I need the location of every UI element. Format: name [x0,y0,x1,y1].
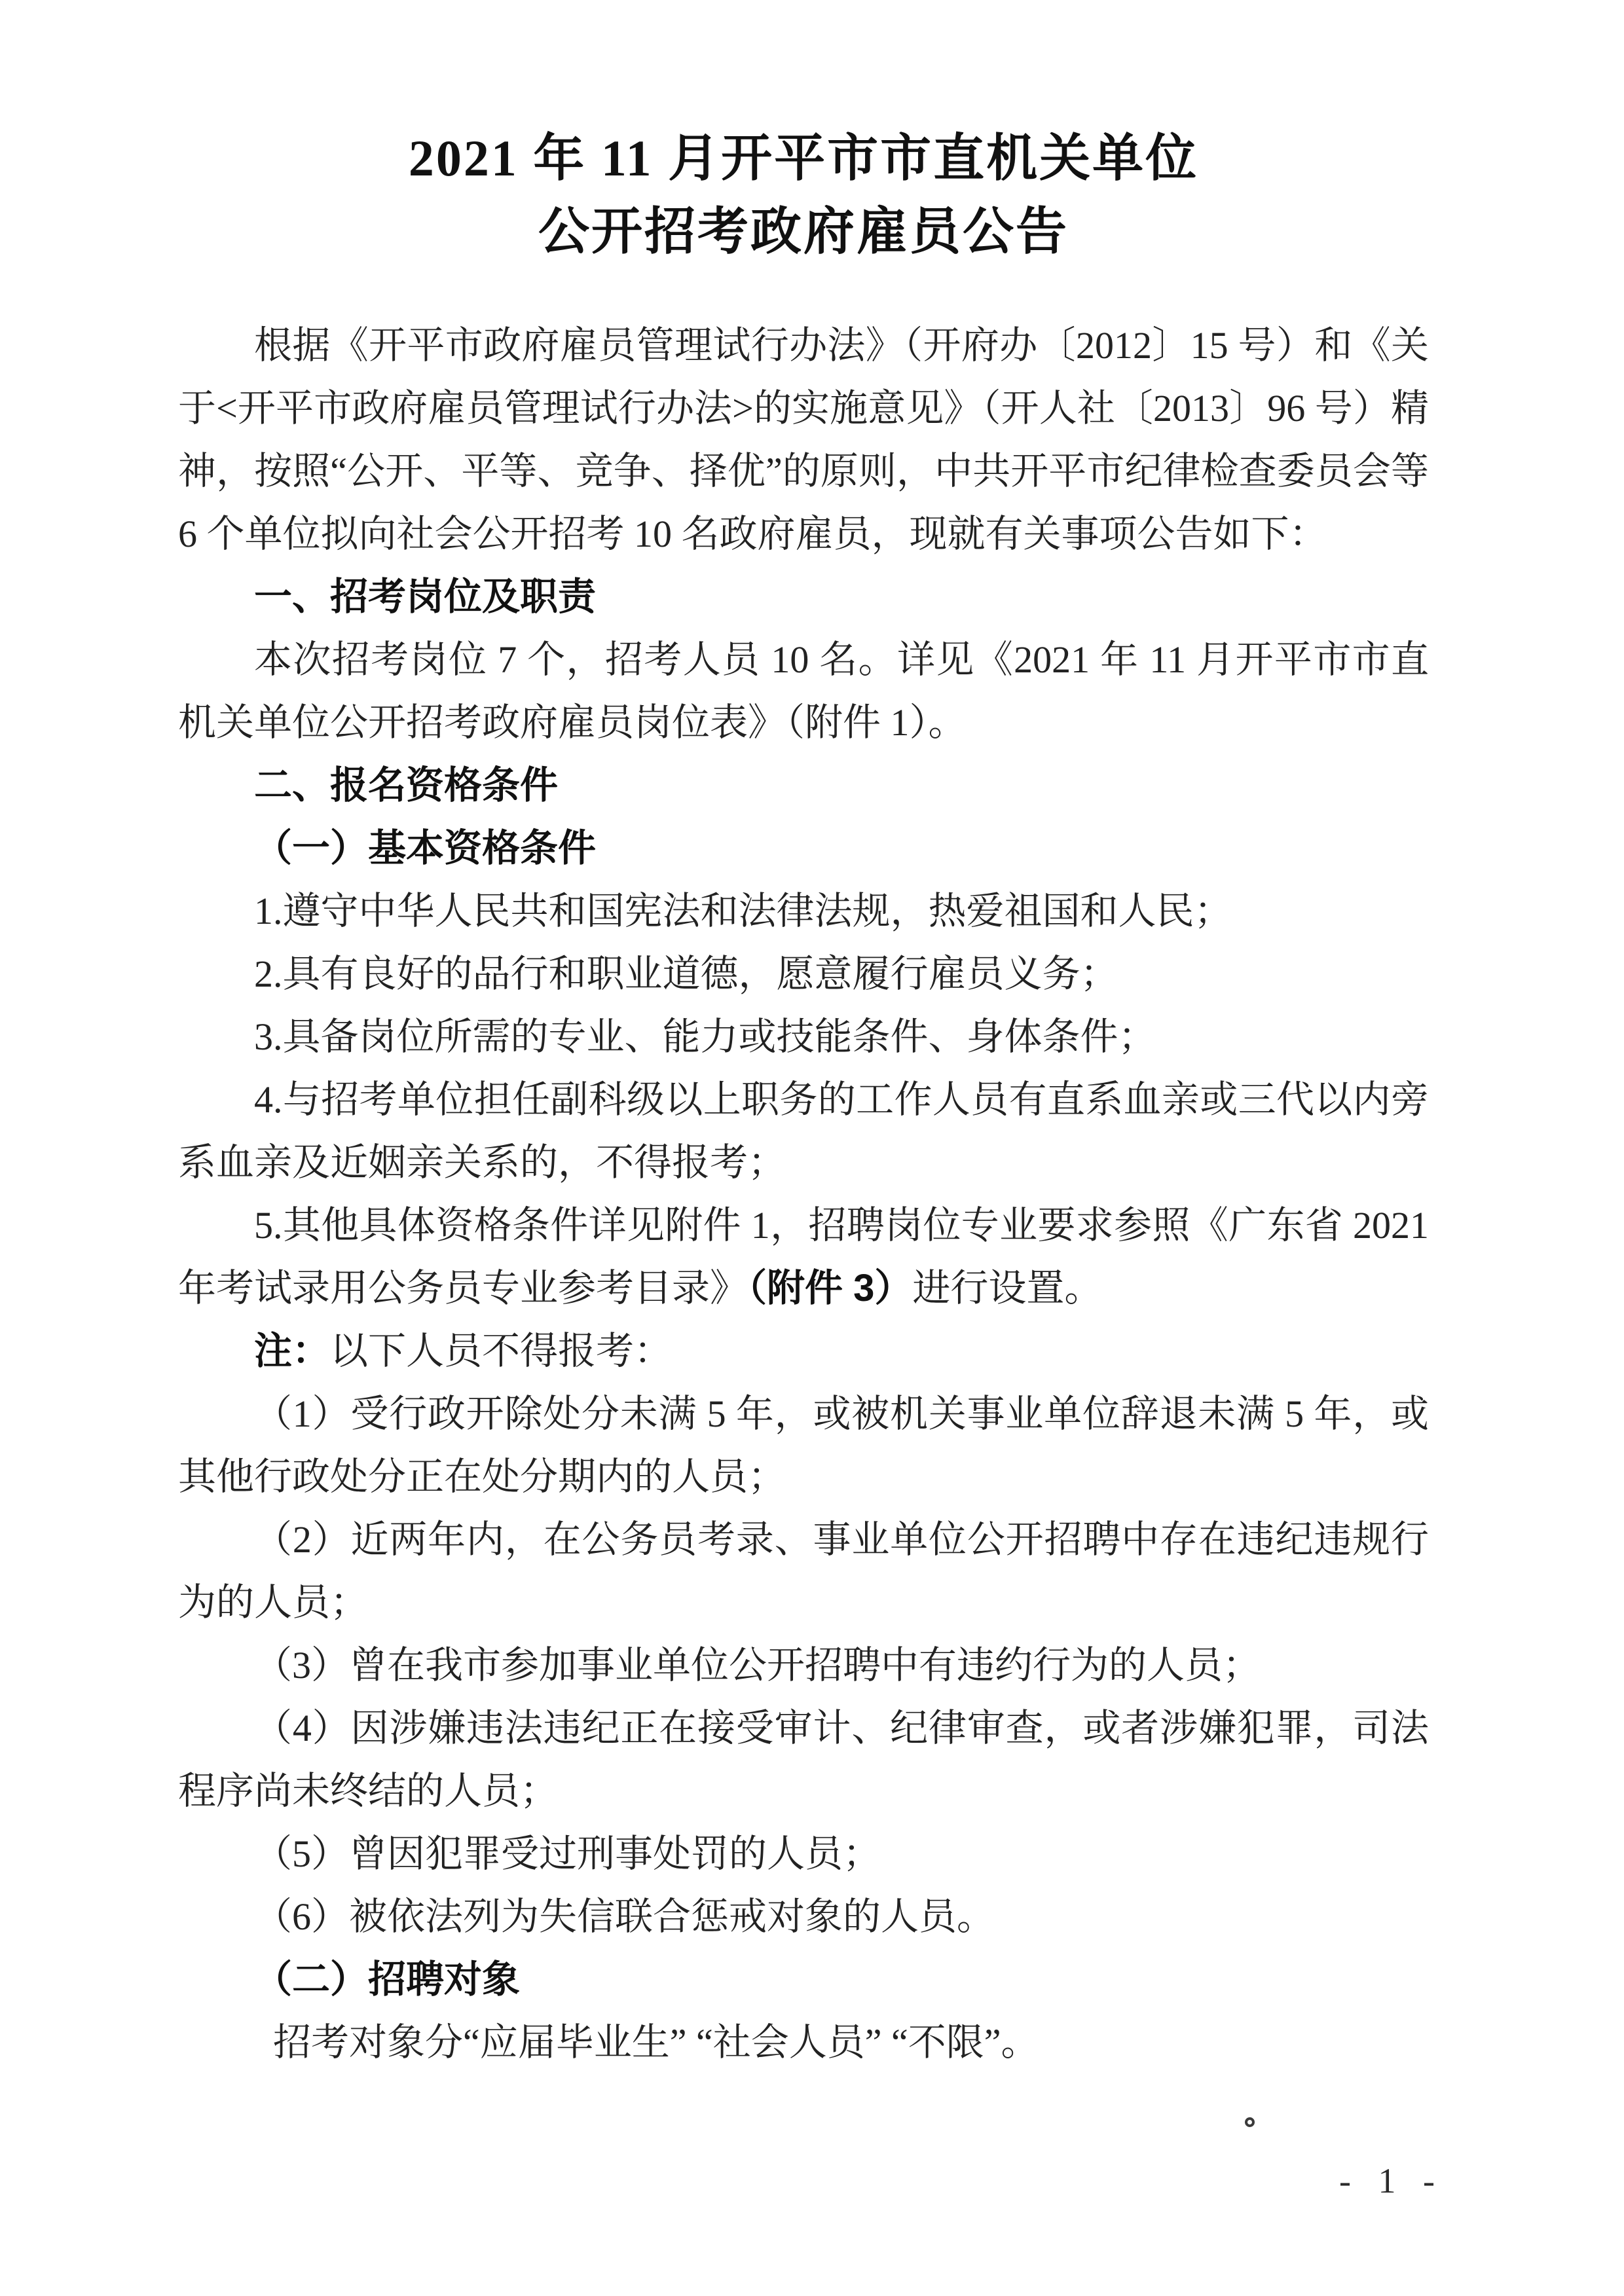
sub1-heading: （一）基本资格条件 [178,817,1429,880]
note-text: 以下人员不得报考： [330,1330,672,1372]
note-paragraph: 注：以下人员不得报考： [178,1320,1429,1383]
note-item-1: （1）受行政开除处分未满 5 年，或被机关事业单位辞退未满 5 年，或其他行政处… [178,1383,1429,1508]
note-item-3: （3）曾在我市参加事业单位公开招聘中有违约行为的人员； [178,1634,1429,1697]
basic-item-2: 2.具有良好的品行和职业道德，愿意履行雇员义务； [178,943,1429,1006]
intro-paragraph: 根据《开平市政府雇员管理试行办法》（开府办〔2012〕15 号）和《关于<开平市… [178,314,1429,566]
document-content: 2021 年 11 月开平市市直机关单位 公开招考政府雇员公告 根据《开平市政府… [178,122,1429,2074]
note-item-4: （4）因涉嫌违法违纪正在接受审计、纪律审查，或者涉嫌犯罪，司法程序尚未终结的人员… [178,1697,1429,1823]
note-item-5: （5）曾因犯罪受过刑事处罚的人员； [178,1823,1429,1886]
document-body: 根据《开平市政府雇员管理试行办法》（开府办〔2012〕15 号）和《关于<开平市… [178,314,1429,2074]
document-title: 2021 年 11 月开平市市直机关单位 公开招考政府雇员公告 [178,122,1429,268]
section2-heading: 二、报名资格条件 [178,754,1429,817]
document-page: 2021 年 11 月开平市市直机关单位 公开招考政府雇员公告 根据《开平市政府… [0,0,1624,2296]
note-label: 注： [254,1330,330,1372]
attachment-3-reference: （附件 3） [748,1267,912,1309]
sub2-heading: （二）招聘对象 [178,1948,1429,2011]
scan-artifact-dot [1245,2117,1255,2127]
title-line-1: 2021 年 11 月开平市市直机关单位 [409,130,1198,187]
title-line-2: 公开招考政府雇员公告 [538,203,1069,260]
basic-item-1: 1.遵守中华人民共和国宪法和法律法规，热爱祖国和人民； [178,880,1429,943]
basic-item-3: 3.具备岗位所需的专业、能力或技能条件、身体条件； [178,1006,1429,1068]
note-item-2: （2）近两年内，在公务员考录、事业单位公开招聘中存在违纪违规行为的人员； [178,1508,1429,1634]
basic-item-4: 4.与招考单位担任副科级以上职务的工作人员有直系血亲或三代以内旁系血亲及近姻亲关… [178,1068,1429,1194]
page-number: - 1 - [1339,2160,1444,2201]
sub2-paragraph: 招考对象分“应届毕业生” “社会人员” “不限”。 [178,2011,1429,2074]
note-item-6: （6）被依法列为失信联合惩戒对象的人员。 [178,1886,1429,1948]
basic-item-5: 5.其他具体资格条件详见附件 1，招聘岗位专业要求参照《广东省 2021 年考试… [178,1194,1429,1320]
section1-heading: 一、招考岗位及职责 [178,566,1429,629]
section1-paragraph: 本次招考岗位 7 个，招考人员 10 名。详见《2021 年 11 月开平市市直… [178,629,1429,754]
basic-item-5-suffix: 进行设置。 [912,1267,1102,1309]
